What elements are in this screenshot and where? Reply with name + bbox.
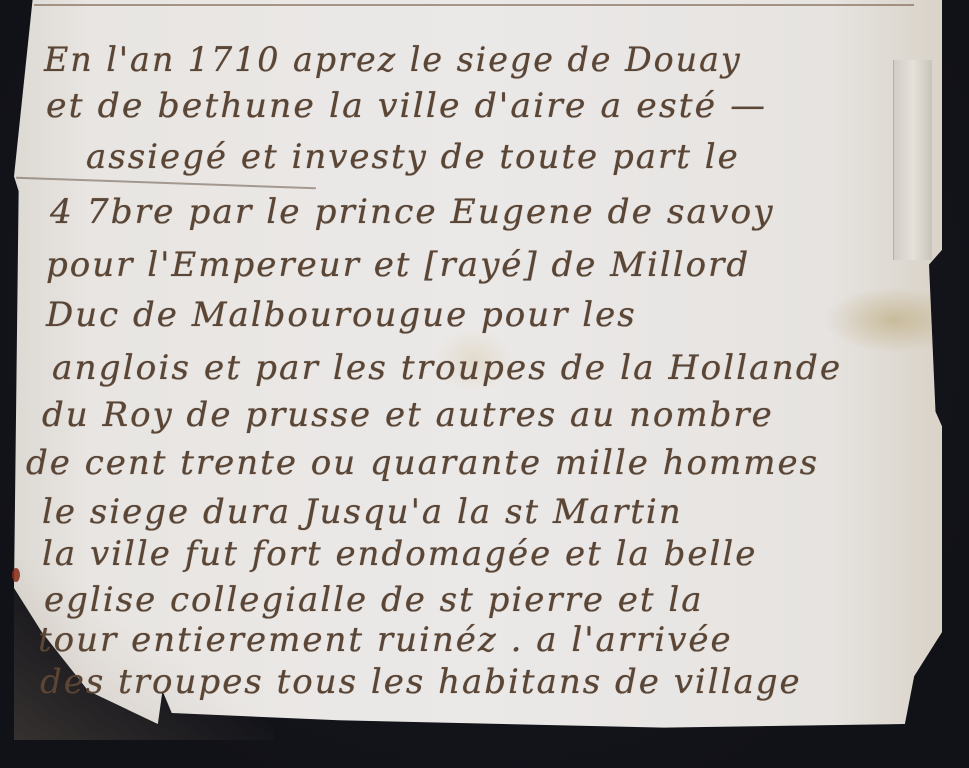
handwritten-text: En l'an 1710 aprez le siege de Douay et … <box>0 0 969 768</box>
text-line-9: de cent trente ou quarante mille hommes <box>26 443 819 483</box>
text-line-1: En l'an 1710 aprez le siege de Douay <box>44 40 742 80</box>
text-line-6: Duc de Malbourougue pour les <box>46 295 637 335</box>
text-line-13: tour entierement ruinéz . a l'arrivée <box>38 620 733 660</box>
text-line-5: pour l'Empereur et [rayé] de Millord <box>46 245 750 285</box>
text-line-14: des troupes tous les habitans de village <box>40 662 802 702</box>
text-line-10: le siege dura Jusqu'a la st Martin <box>42 492 683 532</box>
text-line-7: anglois et par les troupes de la Holland… <box>52 348 842 388</box>
text-line-11: la ville fut fort endomagée et la belle <box>42 534 757 574</box>
text-line-8: du Roy de prusse et autres au nombre <box>42 395 774 435</box>
text-line-4: 4 7bre par le prince Eugene de savoy <box>50 192 775 232</box>
text-line-2: et de bethune la ville d'aire a esté — <box>46 86 767 126</box>
text-line-3: assiegé et investy de toute part le <box>86 137 740 177</box>
text-line-12: eglise collegialle de st pierre et la <box>44 580 704 620</box>
